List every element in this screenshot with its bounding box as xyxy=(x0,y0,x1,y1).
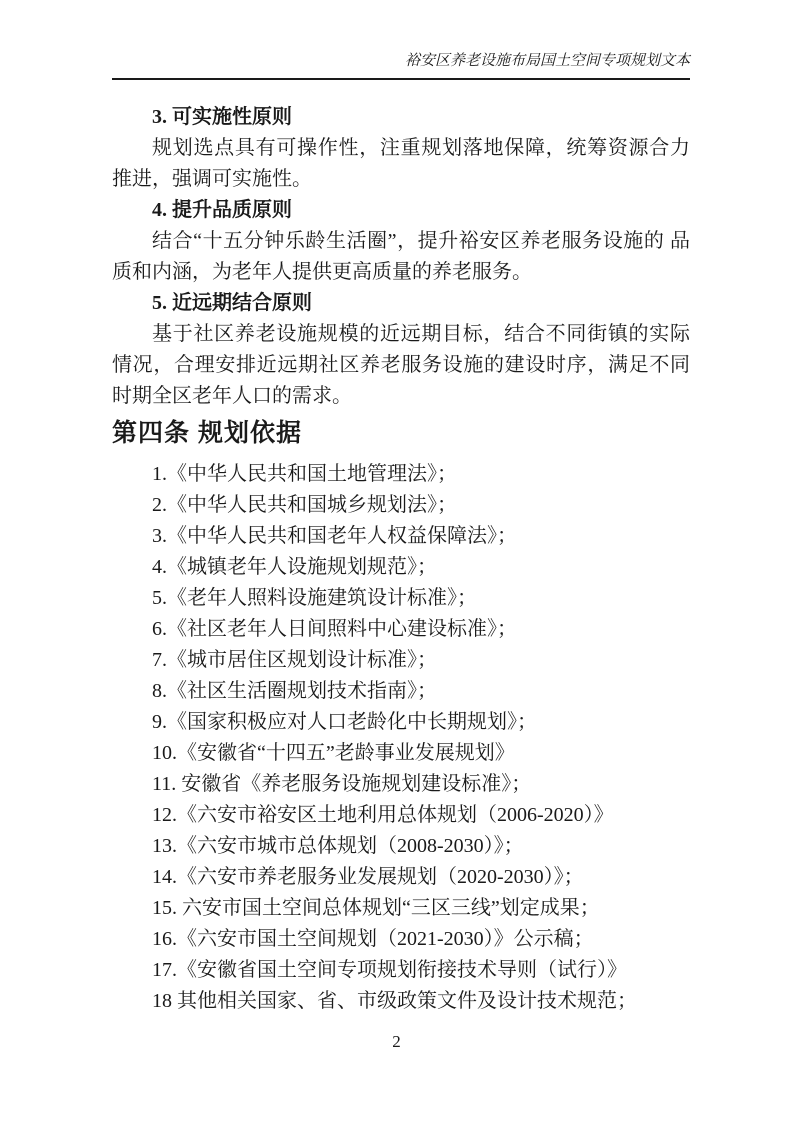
law-item: 12.《六安市裕安区土地利用总体规划（2006-2020）》 xyxy=(112,800,690,831)
law-item: 1.《中华人民共和国土地管理法》； xyxy=(112,459,690,490)
law-item: 17.《安徽省国土空间专项规划衔接技术导则（试行）》 xyxy=(112,955,690,986)
law-item: 2.《中华人民共和国城乡规划法》； xyxy=(112,490,690,521)
law-item: 9.《国家积极应对人口老龄化中长期规划》； xyxy=(112,707,690,738)
law-item: 15. 六安市国土空间总体规划“三区三线”划定成果； xyxy=(112,893,690,924)
header-title: 裕安区养老设施布局国土空间专项规划文本 xyxy=(112,50,690,72)
page-number: 2 xyxy=(392,1032,401,1051)
law-item: 4.《城镇老年人设施规划规范》； xyxy=(112,552,690,583)
law-item: 6.《社区老年人日间照料中心建设标准》； xyxy=(112,614,690,645)
law-item: 3.《中华人民共和国老年人权益保障法》； xyxy=(112,521,690,552)
section-paragraph-5: 基于社区养老设施规模的近远期目标，结合不同街镇的实际情况，合理安排近远期社区养老… xyxy=(112,319,690,412)
law-item: 16.《六安市国土空间规划（2021-2030）》公示稿； xyxy=(112,924,690,955)
section-paragraph-3: 规划选点具有可操作性，注重规划落地保障，统筹资源合力推进，强调可实施性。 xyxy=(112,133,690,195)
section-heading-5: 5. 近远期结合原则 xyxy=(112,288,690,319)
law-item: 14.《六安市养老服务业发展规划（2020-2030）》； xyxy=(112,862,690,893)
document-body: 3. 可实施性原则 规划选点具有可操作性，注重规划落地保障，统筹资源合力推进，强… xyxy=(0,80,793,1017)
law-item: 18 其他相关国家、省、市级政策文件及设计技术规范； xyxy=(112,986,690,1017)
law-item: 13.《六安市城市总体规划（2008-2030）》； xyxy=(112,831,690,862)
law-item: 5.《老年人照料设施建筑设计标准》； xyxy=(112,583,690,614)
section-paragraph-4: 结合“十五分钟乐龄生活圈”，提升裕安区养老服务设施的 品质和内涵，为老年人提供更… xyxy=(112,226,690,288)
document-page: 裕安区养老设施布局国土空间专项规划文本 3. 可实施性原则 规划选点具有可操作性… xyxy=(0,0,793,1122)
section-heading-3: 3. 可实施性原则 xyxy=(112,102,690,133)
article-heading: 第四条 规划依据 xyxy=(112,416,690,450)
page-header: 裕安区养老设施布局国土空间专项规划文本 xyxy=(0,0,793,80)
section-heading-4: 4. 提升品质原则 xyxy=(112,195,690,226)
page-footer: 2 xyxy=(0,1030,793,1054)
law-item: 7.《城市居住区规划设计标准》； xyxy=(112,645,690,676)
law-reference-list: 1.《中华人民共和国土地管理法》； 2.《中华人民共和国城乡规划法》； 3.《中… xyxy=(112,459,690,1017)
law-item: 11. 安徽省《养老服务设施规划建设标准》； xyxy=(112,769,690,800)
law-item: 10.《安徽省“十四五”老龄事业发展规划》 xyxy=(112,738,690,769)
law-item: 8.《社区生活圈规划技术指南》； xyxy=(112,676,690,707)
